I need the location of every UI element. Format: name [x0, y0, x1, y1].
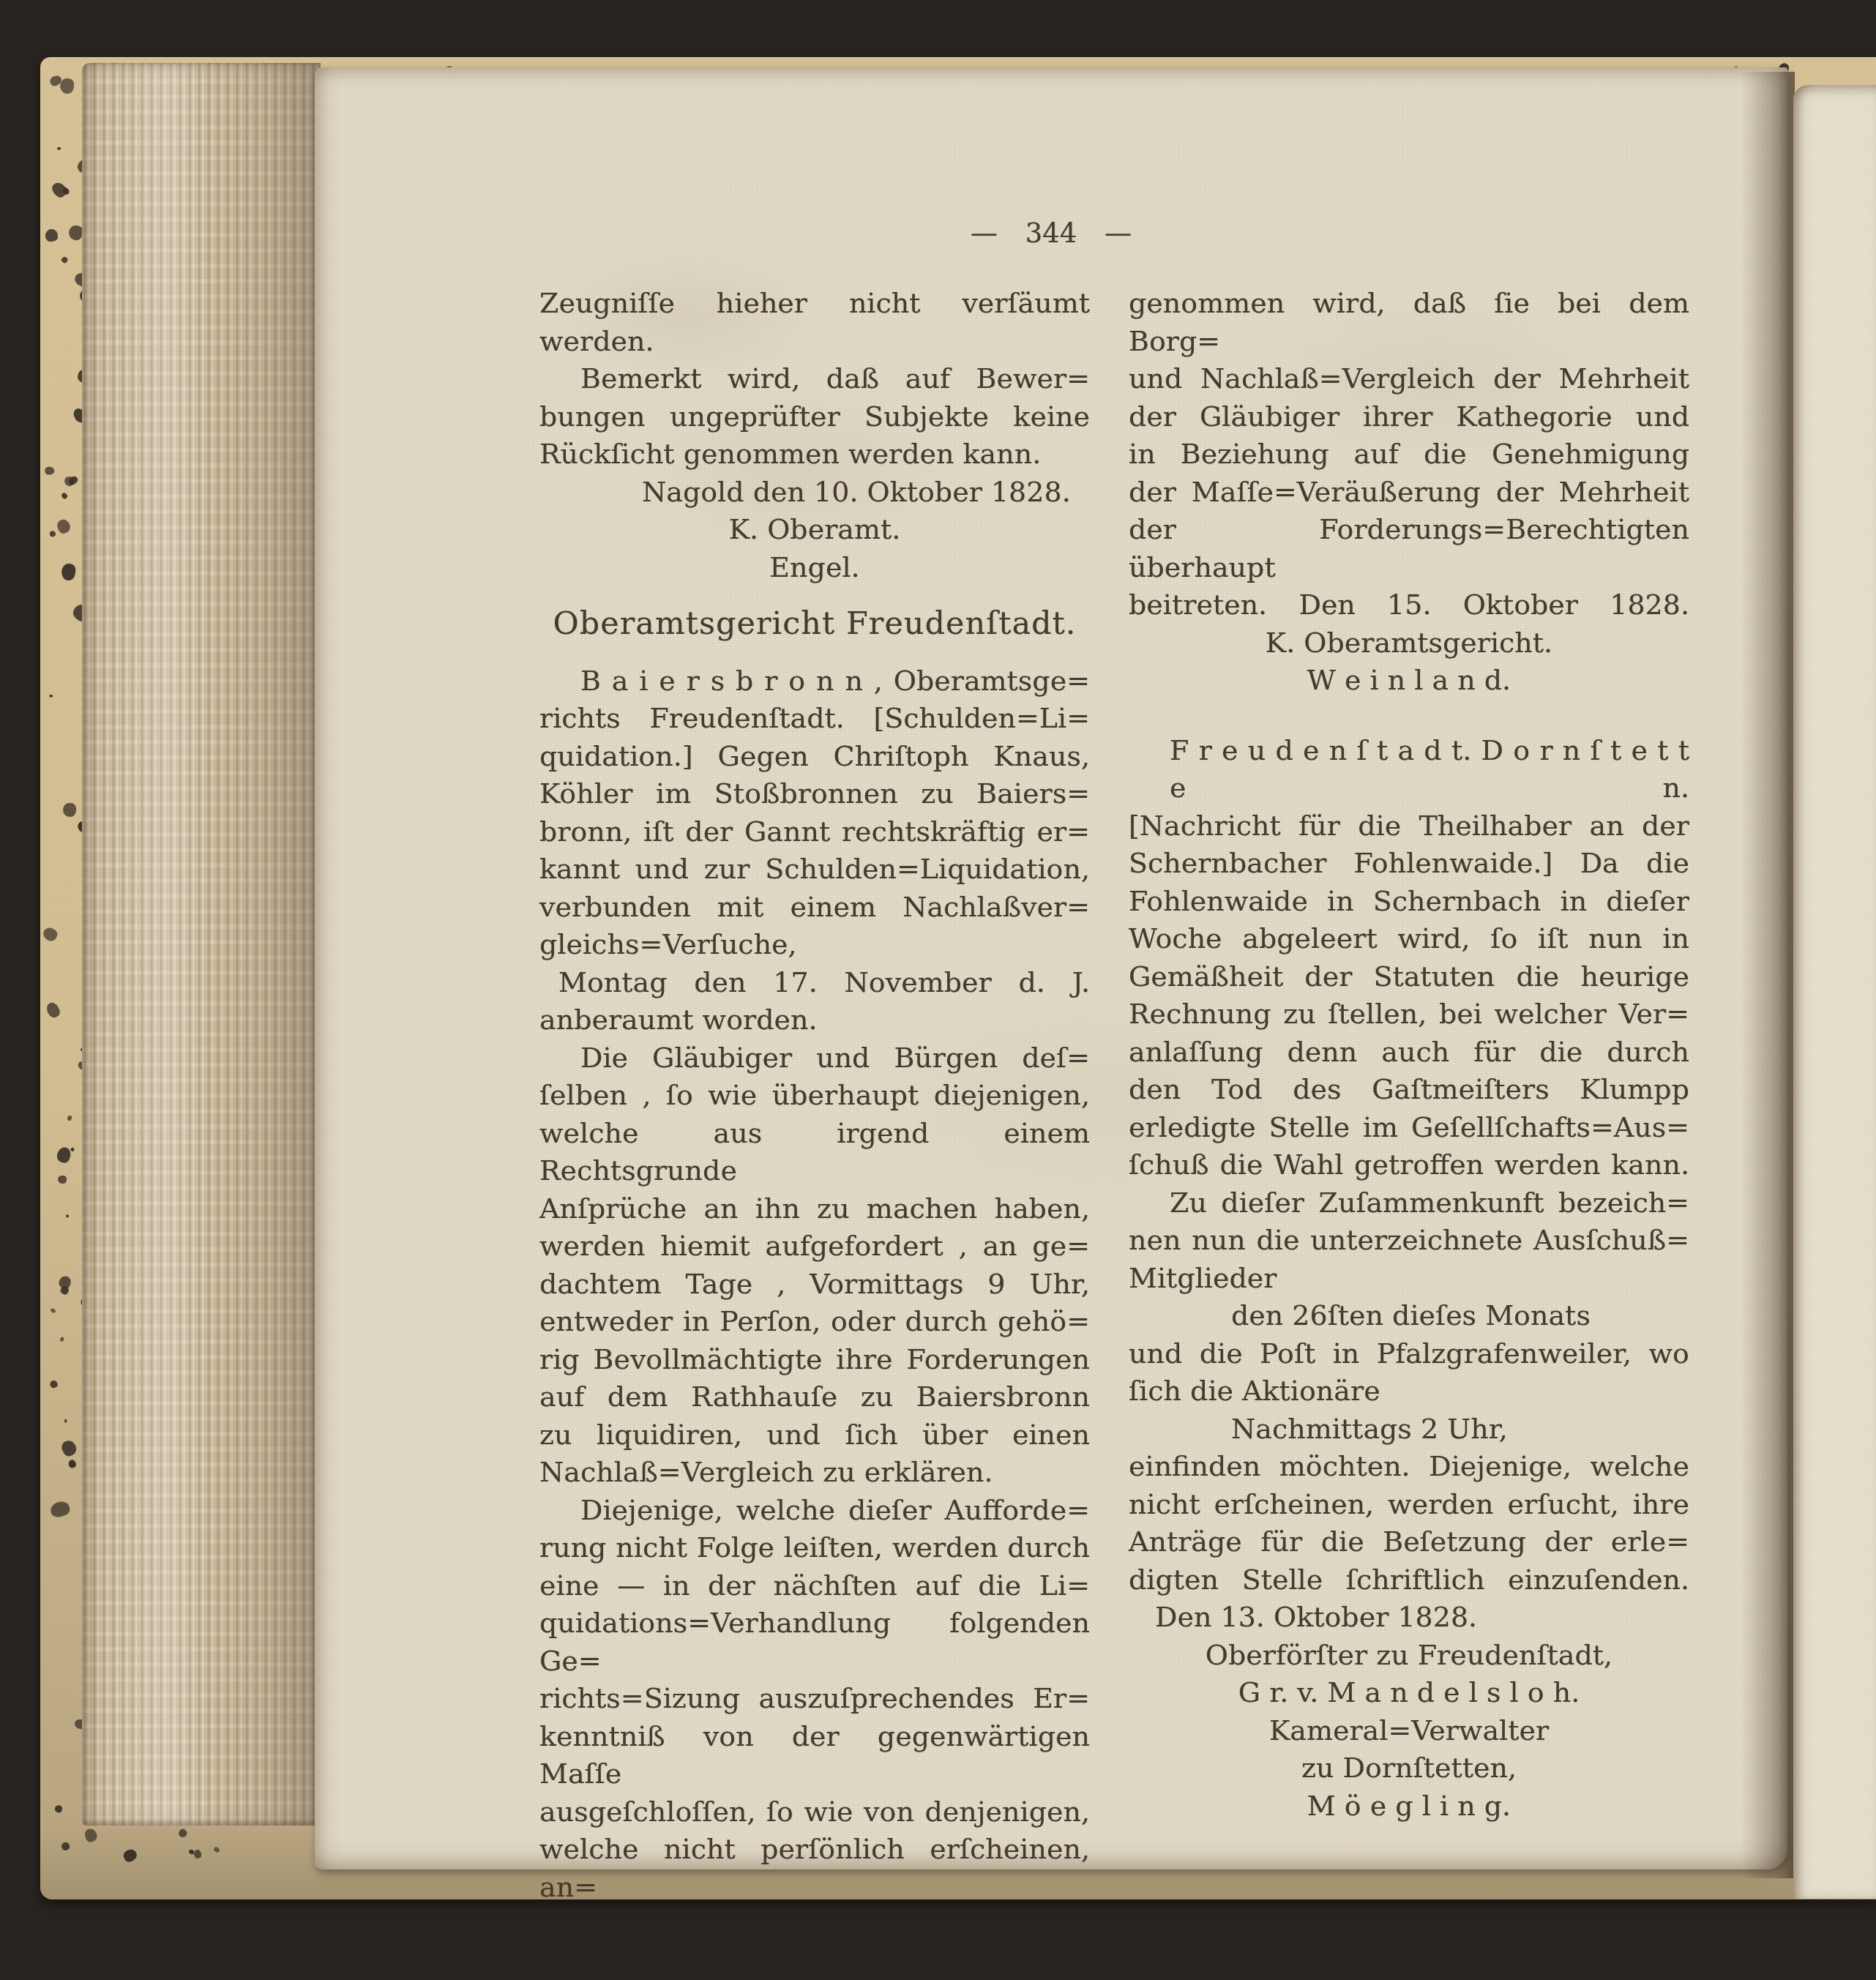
text-line: Anſprüche an ihn zu machen haben, — [539, 1190, 1090, 1228]
text-line: in Beziehung auf die Genehmigung — [1129, 436, 1689, 474]
text-line: digten Stelle ſchriftlich einzuſenden. — [1129, 1561, 1689, 1599]
text-line: bungen ungeprüfter Subjekte keine — [539, 398, 1090, 436]
text-line: dachtem Tage , Vormittags 9 Uhr, — [539, 1266, 1090, 1304]
text-line: F r e u d e n ſ t a d t. D o r n ſ t e t… — [1129, 732, 1689, 807]
text-line: Woche abgeleert wird, ſo iſt nun in — [1129, 920, 1689, 958]
text-line: einfinden möchten. Diejenige, welche — [1129, 1448, 1689, 1486]
text-line: ſich die Aktionäre — [1129, 1372, 1689, 1411]
text-line: und die Poſt in Pfalzgrafenweiler, wo — [1129, 1335, 1689, 1373]
text-line: und Nachlaß=Vergleich der Mehrheit — [1129, 360, 1689, 398]
text-line: W e i n l a n d. — [1129, 662, 1689, 700]
text-line: quidations=Verhandlung folgenden Ge= — [539, 1604, 1090, 1680]
text-line: zu Dornſtetten, — [1129, 1749, 1689, 1787]
speckle-dot — [48, 695, 52, 698]
text-line: den Tod des Gaſtmeiſters Klumpp — [1129, 1071, 1689, 1109]
text-line: Oberamtsgericht Freudenſtadt. — [539, 605, 1090, 643]
text-line: M ö e g l i n g. — [1129, 1787, 1689, 1826]
text-line: ausgeſchloſſen, ſo wie von denjenigen, — [539, 1793, 1090, 1831]
text-line: eine — in der nächſten auf die Li= — [539, 1567, 1090, 1605]
text-line: ſelben , ſo wie überhaupt diejenigen, — [539, 1077, 1090, 1115]
text-line: gleichs=Verſuche, — [539, 926, 1090, 964]
text-line: Zu dieſer Zuſammenkunft bezeich= — [1129, 1184, 1689, 1222]
text-line: Diejenige, welche dieſer Aufforde= — [539, 1492, 1090, 1530]
text-line: richts Freudenſtadt. [Schulden=Li= — [539, 700, 1090, 738]
text-line: B a i e r s b r o n n , Oberamtsge= — [539, 662, 1090, 701]
text-line: Bemerkt wird, daß auf Bewer= — [539, 360, 1090, 398]
text-line: K. Oberamtsgericht. — [1129, 624, 1689, 662]
text-line: Nachmittags 2 Uhr, — [1129, 1411, 1689, 1449]
text-line: welche nicht perſönlich erſcheinen, an= — [539, 1831, 1090, 1906]
gutter-fold-shadow — [1741, 72, 1795, 1878]
text-line: Nagold den 10. Oktober 1828. — [539, 474, 1090, 512]
page-stack-fore-edge — [82, 63, 321, 1826]
text-line: nen nun die unterzeichnete Ausſchuß= — [1129, 1222, 1689, 1260]
left-text-column: Zeugniſſe hieher nicht verſäumt werden.B… — [539, 285, 1090, 1906]
text-line: kenntniß von der gegenwärtigen Maſſe — [539, 1718, 1090, 1793]
text-line: der Maſſe=Veräußerung der Mehrheit — [1129, 474, 1689, 512]
text-line: Montag den 17. November d. J. — [539, 964, 1090, 1002]
text-line: Mitglieder — [1129, 1260, 1689, 1298]
text-line: rung nicht Folge leiſten, werden durch — [539, 1529, 1090, 1567]
text-line: Die Gläubiger und Bürgen deſ= — [539, 1039, 1090, 1077]
text-line: [Nachricht für die Theilhaber an der — [1129, 807, 1689, 845]
text-line: Gemäßheit der Statuten die heurige — [1129, 958, 1689, 996]
text-line: Nachlaß=Vergleich zu erklären. — [539, 1454, 1090, 1492]
text-line: Rückſicht genommen werden kann. — [539, 436, 1090, 474]
text-line: bronn, iſt der Gannt rechtskräftig er= — [539, 813, 1090, 851]
text-line: welche aus irgend einem Rechtsgrunde — [539, 1115, 1090, 1190]
text-line: beitreten. Den 15. Oktober 1828. — [1129, 586, 1689, 624]
text-line: der Forderungs=Berechtigten überhaupt — [1129, 511, 1689, 586]
text-line: werden hiemit aufgefordert , an ge= — [539, 1228, 1090, 1266]
speckle-dot — [63, 803, 76, 818]
text-line: rig Bevollmächtigte ihre Forderungen — [539, 1341, 1090, 1379]
next-page-edge — [1793, 85, 1876, 1899]
text-line: kannt und zur Schulden=Liquidation, — [539, 851, 1090, 889]
scanned-book-photo: — 344 — Zeugniſſe hieher nicht verſäumt … — [0, 0, 1876, 1980]
text-line: entweder in Perſon, oder durch gehö= — [539, 1303, 1090, 1341]
page-number: — 344 — — [315, 217, 1787, 250]
text-line: zu liquidiren, und ſich über einen — [539, 1416, 1090, 1454]
text-line: Engel. — [539, 549, 1090, 587]
text-line: Zeugniſſe hieher nicht verſäumt werden. — [539, 285, 1090, 360]
text-line: der Gläubiger ihrer Kathegorie und — [1129, 398, 1689, 436]
text-line: anberaumt worden. — [539, 1001, 1090, 1039]
text-line: verbunden mit einem Nachlaßver= — [539, 889, 1090, 927]
text-line: erledigte Stelle im Geſellſchafts=Aus= — [1129, 1109, 1689, 1147]
text-line: genommen wird, daß ſie bei dem Borg= — [1129, 285, 1689, 360]
text-line: Fohlenwaide in Schernbach in dieſer — [1129, 883, 1689, 921]
text-line: Köhler im Stoßbronnen zu Baiers= — [539, 775, 1090, 813]
right-text-column: genommen wird, daß ſie bei dem Borg=und … — [1129, 285, 1689, 1825]
text-line: anlaſſung denn auch für die durch — [1129, 1034, 1689, 1072]
text-line: K. Oberamt. — [539, 511, 1090, 549]
text-line: G r. v. M a n d e l s l o h. — [1129, 1674, 1689, 1712]
text-line: ſchuß die Wahl getroffen werden kann. — [1129, 1146, 1689, 1184]
text-line: Rechnung zu ſtellen, bei welcher Ver= — [1129, 995, 1689, 1034]
text-line: Kameral=Verwalter — [1129, 1712, 1689, 1750]
text-line: quidation.] Gegen Chriſtoph Knaus, — [539, 738, 1090, 776]
text-line: auf dem Rathhauſe zu Baiersbronn — [539, 1378, 1090, 1416]
text-line: Den 13. Oktober 1828. — [1129, 1599, 1689, 1637]
text-line: den 26ſten dieſes Monats — [1129, 1297, 1689, 1335]
text-line: richts=Sizung auszuſprechendes Er= — [539, 1680, 1090, 1718]
text-line: Oberförſter zu Freudenſtadt, — [1129, 1637, 1689, 1675]
text-line: nicht erſcheinen, werden erſucht, ihre — [1129, 1486, 1689, 1524]
text-line: Anträge für die Beſetzung der erle= — [1129, 1523, 1689, 1561]
text-line: Schernbacher Fohlenwaide.] Da die — [1129, 845, 1689, 883]
